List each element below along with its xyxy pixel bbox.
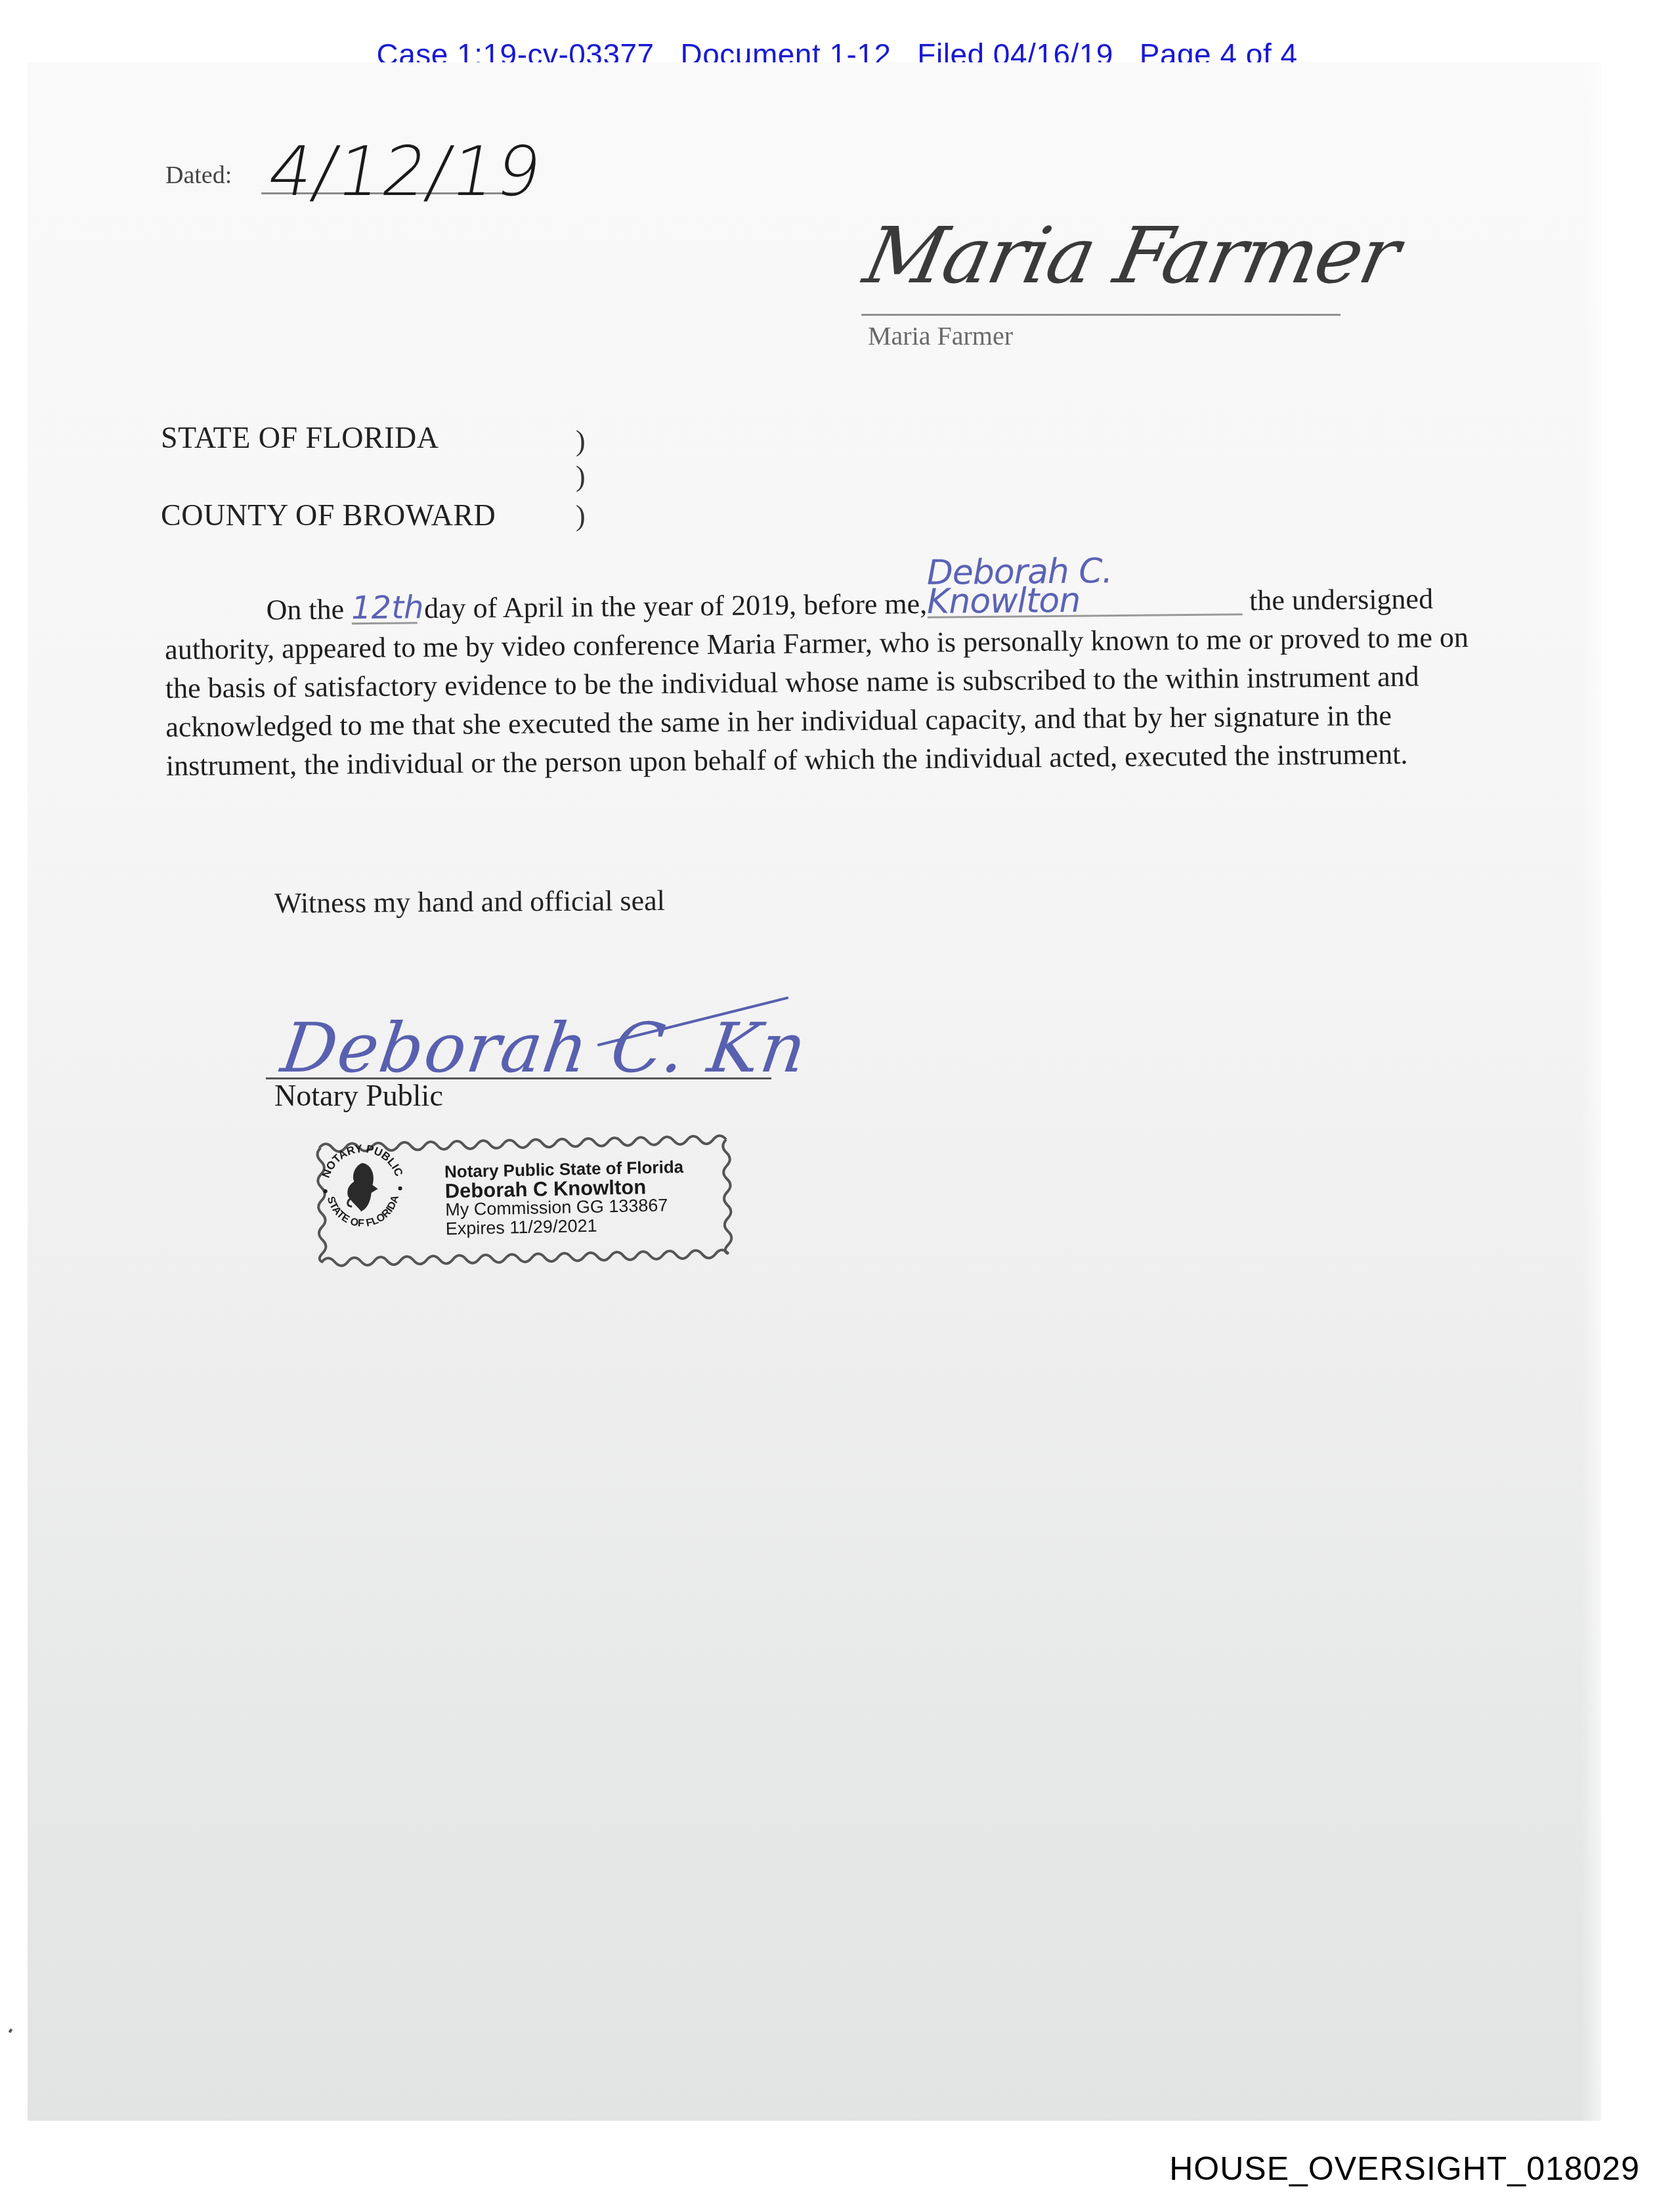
scanned-page <box>28 62 1601 2121</box>
dated-value-handwritten: 4/12/19 <box>262 131 548 211</box>
venue-paren: ) <box>576 424 586 458</box>
dated-label: Dated: <box>165 161 232 190</box>
acknowledgment-paragraph: On the 12th day of April in the year of … <box>164 553 1472 785</box>
signer-signature: Maria Farmer <box>857 210 1406 301</box>
florida-seal-eagle-icon: NOTARY PUBLIC STATE OF FLORIDA <box>312 1137 413 1238</box>
venue-paren: ) <box>576 499 586 532</box>
venue-county: COUNTY OF BROWARD <box>161 498 496 532</box>
scan-speck <box>9 2028 12 2033</box>
signer-printed-name: Maria Farmer <box>868 320 1013 351</box>
notary-public-label: Notary Public <box>274 1078 443 1113</box>
stamp-text: Notary Public State of Florida Deborah C… <box>444 1158 685 1239</box>
signer-signature-line <box>861 314 1341 316</box>
bates-number: HOUSE_OVERSIGHT_018029 <box>1169 2150 1640 2188</box>
venue-state: STATE OF FLORIDA <box>161 420 439 455</box>
notary-signature: Deborah C. Kn <box>276 1008 812 1088</box>
notary-stamp: NOTARY PUBLIC STATE OF FLORIDA Notary Pu… <box>312 1130 735 1270</box>
ack-text-2: day of April in the year of 2019, before… <box>417 588 928 624</box>
witness-statement: Witness my hand and official seal <box>274 884 665 920</box>
ack-text-1: On the <box>266 593 344 626</box>
venue-paren: ) <box>576 460 586 493</box>
day-field-handwritten: 12th <box>351 593 417 624</box>
notary-name-field-handwritten: Deborah C. Knowlton <box>927 555 1243 618</box>
